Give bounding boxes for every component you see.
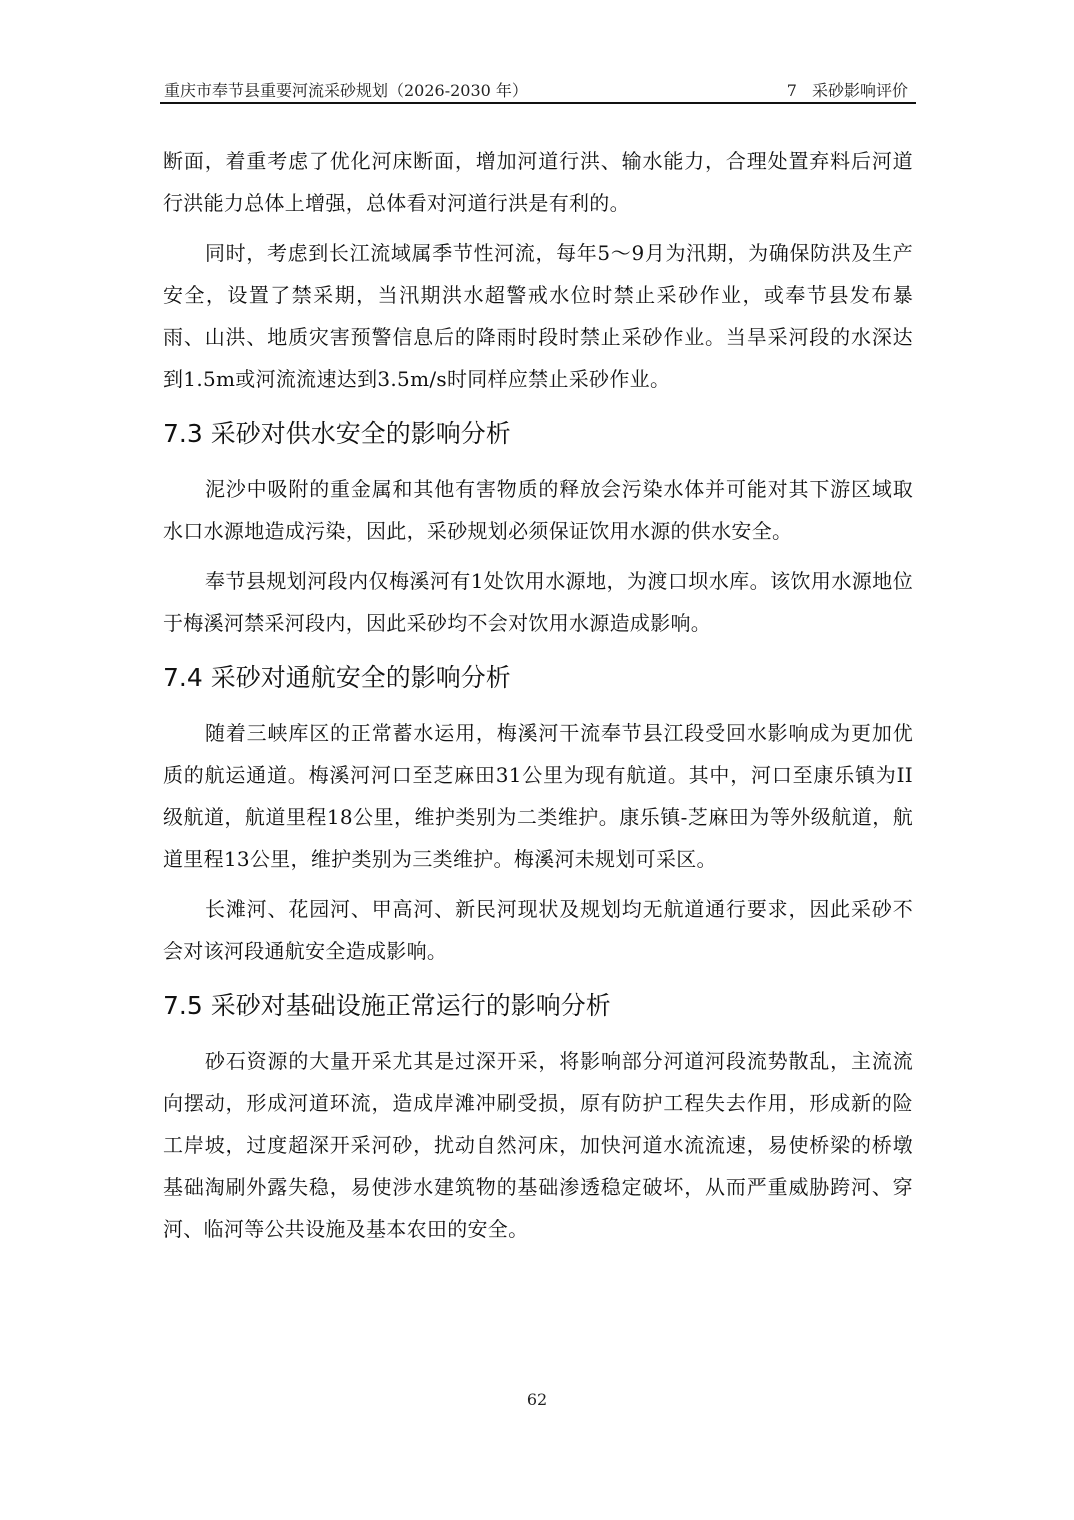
paragraph-infrastructure: 砂石资源的大量开采尤其是过深开采，将影响部分河道河段流势散乱，主流流向摆动，形成… (163, 1040, 913, 1250)
section-heading-7-3: 7.3 采砂对供水安全的影响分析 (163, 416, 913, 452)
header-chapter-title: 7 采砂影响评价 (787, 78, 908, 101)
paragraph-water-pollution: 泥沙中吸附的重金属和其他有害物质的释放会污染水体并可能对其下游区域取水口水源地造… (163, 468, 913, 552)
header-document-title: 重庆市奉节县重要河流采砂规划（2026-2030 年） (164, 78, 528, 101)
paragraph-navigation-channel: 随着三峡库区的正常蓄水运用，梅溪河干流奉节县江段受回水影响成为更加优质的航运通道… (163, 712, 913, 880)
page-number: 62 (0, 1390, 1074, 1409)
page-header: 重庆市奉节县重要河流采砂规划（2026-2030 年） 7 采砂影响评价 (160, 74, 916, 102)
paragraph-flood-season: 同时，考虑到长江流域属季节性河流，每年5～9月为汛期，为确保防洪及生产安全，设置… (163, 232, 913, 400)
paragraph-navigation-other-rivers: 长滩河、花园河、甲高河、新民河现状及规划均无航道通行要求，因此采砂不会对该河段通… (163, 888, 913, 972)
paragraph-water-source: 奉节县规划河段内仅梅溪河有1处饮用水源地，为渡口坝水库。该饮用水源地位于梅溪河禁… (163, 560, 913, 644)
header-rule (160, 102, 916, 104)
section-heading-7-4: 7.4 采砂对通航安全的影响分析 (163, 660, 913, 696)
section-heading-7-5: 7.5 采砂对基础设施正常运行的影响分析 (163, 988, 913, 1024)
page-body: 断面，着重考虑了优化河床断面，增加河道行洪、输水能力，合理处置弃料后河道行洪能力… (163, 140, 913, 1250)
paragraph-flood-continuation: 断面，着重考虑了优化河床断面，增加河道行洪、输水能力，合理处置弃料后河道行洪能力… (163, 140, 913, 224)
